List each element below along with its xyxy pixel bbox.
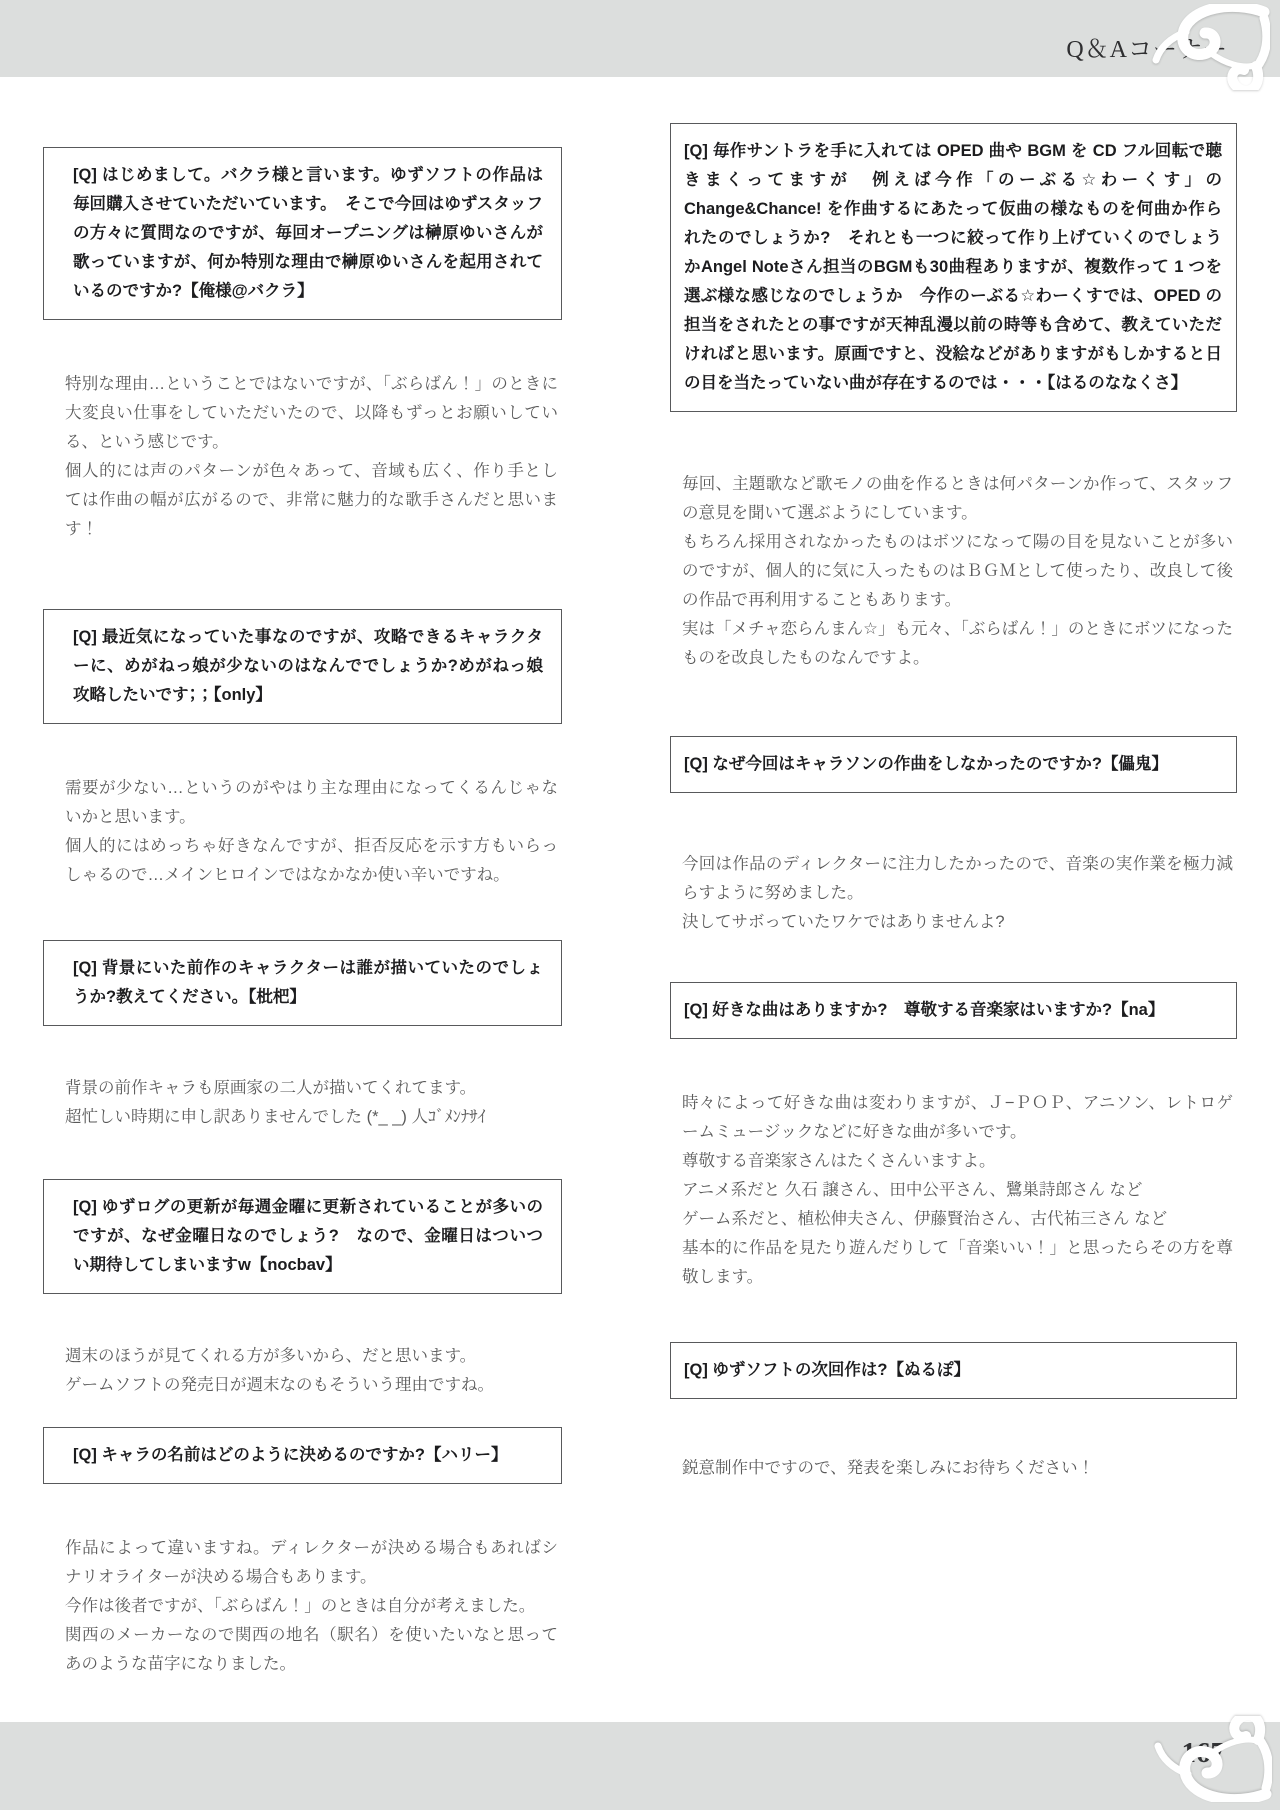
answer-paragraph: もちろん採用されなかったものはボツになって陽の目を見ないことが多いのですが、個人… <box>682 528 1233 615</box>
flourish-ornament-icon <box>1154 1716 1272 1802</box>
top-bar: Q＆Aコーナー <box>0 0 1280 77</box>
answer-paragraph: 関西のメーカーなので関西の地名（駅名）を使いたいなと思ってあのような苗字になりま… <box>65 1621 558 1679</box>
qa-question-box: [Q] はじめまして。バクラ様と言います。ゆずソフトの作品は毎回購入させていただ… <box>43 147 562 320</box>
qa-answer: 背景の前作キャラも原画家の二人が描いてくれてます。 超忙しい時期に申し訳ありませ… <box>43 1074 562 1132</box>
answer-paragraph: 鋭意制作中ですので、発表を楽しみにお待ちください！ <box>682 1454 1233 1483</box>
qa-answer: 特別な理由…ということではないですが、「ぶらばん！」のときに大変良い仕事をしてい… <box>43 370 562 544</box>
qa-question-box: [Q] 最近気になっていた事なのですが、攻略できるキャラクターに、めがねっ娘が少… <box>43 609 562 724</box>
qa-question-text: [Q] 背景にいた前作のキャラクターは誰が描いていたのでしょうか?教えてください… <box>73 959 543 1006</box>
qa-column-right: [Q] 毎作サントラを手に入れては OPED 曲や BGM を CD フル回転で… <box>670 77 1237 1483</box>
answer-paragraph: 尊敬する音楽家さんはたくさんいますよ。 <box>682 1147 1233 1176</box>
qa-answer: 作品によって違いますね。ディレクターが決める場合もあればシナリオライターが決める… <box>43 1534 562 1679</box>
qa-answer: 時々によって好きな曲は変わりますが、Ｊ−ＰＯＰ、アニソン、レトロゲームミュージッ… <box>670 1089 1237 1292</box>
answer-paragraph: 今回は作品のディレクターに注力したかったので、音楽の実作業を極力減らすように努め… <box>682 850 1233 908</box>
qa-answer: 鋭意制作中ですので、発表を楽しみにお待ちください！ <box>670 1454 1237 1483</box>
answer-paragraph: 基本的に作品を見たり遊んだりして「音楽いい！」と思ったらその方を尊敬します。 <box>682 1234 1233 1292</box>
qa-question-box: [Q] キャラの名前はどのように決めるのですか?【ハリー】 <box>43 1427 562 1484</box>
qa-answer: 需要が少ない…というのがやはり主な理由になってくるんじゃないかと思います。 個人… <box>43 774 562 890</box>
qa-question-text: [Q] キャラの名前はどのように決めるのですか?【ハリー】 <box>73 1446 508 1464</box>
answer-paragraph: 需要が少ない…というのがやはり主な理由になってくるんじゃないかと思います。 <box>65 774 558 832</box>
answer-paragraph: 背景の前作キャラも原画家の二人が描いてくれてます。 <box>65 1074 558 1103</box>
qa-column-left: [Q] はじめまして。バクラ様と言います。ゆずソフトの作品は毎回購入させていただ… <box>43 77 562 1679</box>
qa-question-box: [Q] ゆずソフトの次回作は?【ぬるぽ】 <box>670 1342 1237 1399</box>
answer-paragraph: ゲームソフトの発売日が週末なのもそういう理由ですね。 <box>65 1371 558 1400</box>
answer-paragraph: 週末のほうが見てくれる方が多いから、だと思います。 <box>65 1342 558 1371</box>
qa-answer: 毎回、主題歌など歌モノの曲を作るときは何パターンか作って、スタッフの意見を聞いて… <box>670 470 1237 673</box>
answer-paragraph: 毎回、主題歌など歌モノの曲を作るときは何パターンか作って、スタッフの意見を聞いて… <box>682 470 1233 528</box>
qa-question-box: [Q] 毎作サントラを手に入れては OPED 曲や BGM を CD フル回転で… <box>670 123 1237 412</box>
answer-paragraph: 時々によって好きな曲は変わりますが、Ｊ−ＰＯＰ、アニソン、レトロゲームミュージッ… <box>682 1089 1233 1147</box>
qa-question-text: [Q] ゆずソフトの次回作は?【ぬるぽ】 <box>684 1361 970 1379</box>
answer-paragraph: 個人的にはめっちゃ好きなんですが、拒否反応を示す方もいらっしゃるので…メインヒロ… <box>65 832 558 890</box>
answer-paragraph: 実は「メチャ恋らんまん☆」も元々、「ぶらばん！」のときにボツになったものを改良し… <box>682 615 1233 673</box>
book-page: Q＆Aコーナー [Q] はじめまして。バクラ様と言います。ゆずソフトの作品は毎回… <box>0 0 1280 1810</box>
bottom-bar: 167 <box>0 1722 1280 1810</box>
qa-question-box: [Q] 背景にいた前作のキャラクターは誰が描いていたのでしょうか?教えてください… <box>43 940 562 1026</box>
qa-question-text: [Q] ゆずログの更新が毎週金曜に更新されていることが多いのですが、なぜ金曜日な… <box>73 1198 543 1274</box>
answer-paragraph: 決してサボっていたワケではありませんよ? <box>682 908 1233 937</box>
qa-question-text: [Q] 好きな曲はありますか? 尊敬する音楽家はいますか?【na】 <box>684 1001 1164 1019</box>
answer-paragraph: アニメ系だと 久石 譲さん、田中公平さん、鷺巣詩郎さん など <box>682 1176 1233 1205</box>
answer-paragraph: 特別な理由…ということではないですが、「ぶらばん！」のときに大変良い仕事をしてい… <box>65 370 558 457</box>
qa-question-box: [Q] なぜ今回はキャラソンの作曲をしなかったのですか?【儡鬼】 <box>670 736 1237 793</box>
answer-paragraph: 超忙しい時期に申し訳ありませんでした (*_ _) 人ｺﾞﾒﾝﾅｻｲ <box>65 1103 558 1132</box>
qa-answer: 週末のほうが見てくれる方が多いから、だと思います。 ゲームソフトの発売日が週末な… <box>43 1342 562 1400</box>
qa-question-text: [Q] はじめまして。バクラ様と言います。ゆずソフトの作品は毎回購入させていただ… <box>73 166 543 300</box>
answer-paragraph: 個人的には声のパターンが色々あって、音域も広く、作り手としては作曲の幅が広がるの… <box>65 457 558 544</box>
answer-paragraph: 作品によって違いますね。ディレクターが決める場合もあればシナリオライターが決める… <box>65 1534 558 1592</box>
qa-answer: 今回は作品のディレクターに注力したかったので、音楽の実作業を極力減らすように努め… <box>670 850 1237 937</box>
answer-paragraph: ゲーム系だと、植松伸夫さん、伊藤賢治さん、古代祐三さん など <box>682 1205 1233 1234</box>
answer-paragraph: 今作は後者ですが、「ぶらばん！」のときは自分が考えました。 <box>65 1592 558 1621</box>
qa-question-box: [Q] 好きな曲はありますか? 尊敬する音楽家はいますか?【na】 <box>670 982 1237 1039</box>
qa-question-text: [Q] 毎作サントラを手に入れては OPED 曲や BGM を CD フル回転で… <box>684 142 1222 392</box>
qa-question-text: [Q] なぜ今回はキャラソンの作曲をしなかったのですか?【儡鬼】 <box>684 755 1168 773</box>
qa-question-box: [Q] ゆずログの更新が毎週金曜に更新されていることが多いのですが、なぜ金曜日な… <box>43 1179 562 1294</box>
qa-question-text: [Q] 最近気になっていた事なのですが、攻略できるキャラクターに、めがねっ娘が少… <box>73 628 543 704</box>
